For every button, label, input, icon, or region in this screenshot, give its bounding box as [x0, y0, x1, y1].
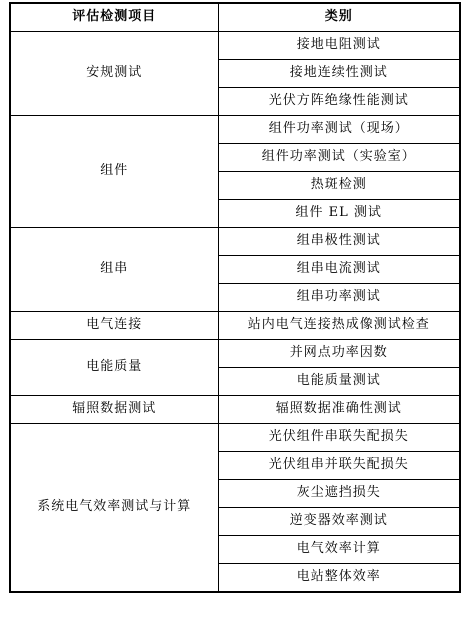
table-row: 电气连接站内电气连接热成像测试检查	[10, 312, 460, 340]
document-page: 评估检测项目 类别 安规测试接地电阻测试接地连续性测试光伏方阵绝缘性能测试组件组…	[0, 0, 467, 621]
assessment-test-table: 评估检测项目 类别 安规测试接地电阻测试接地连续性测试光伏方阵绝缘性能测试组件组…	[9, 2, 461, 593]
category-cell: 光伏组串并联失配损失	[218, 452, 460, 480]
table-row: 系统电气效率测试与计算光伏组件串联失配损失	[10, 424, 460, 452]
category-cell: 接地连续性测试	[218, 60, 460, 88]
category-cell: 逆变器效率测试	[218, 508, 460, 536]
item-cell: 安规测试	[10, 32, 218, 116]
category-cell: 组件功率测试（实验室）	[218, 144, 460, 172]
table-row: 电能质量并网点功率因数	[10, 340, 460, 368]
header-item-column: 评估检测项目	[10, 3, 218, 32]
category-cell: 光伏组件串联失配损失	[218, 424, 460, 452]
category-cell: 电站整体效率	[218, 564, 460, 593]
category-cell: 并网点功率因数	[218, 340, 460, 368]
category-cell: 热斑检测	[218, 172, 460, 200]
category-cell: 光伏方阵绝缘性能测试	[218, 88, 460, 116]
item-cell: 组串	[10, 228, 218, 312]
category-cell: 组件功率测试（现场）	[218, 116, 460, 144]
table-header: 评估检测项目 类别	[10, 3, 460, 32]
category-cell: 组串电流测试	[218, 256, 460, 284]
category-cell: 电气效率计算	[218, 536, 460, 564]
category-cell: 接地电阻测试	[218, 32, 460, 60]
table-row: 辐照数据测试辐照数据准确性测试	[10, 396, 460, 424]
table-row: 安规测试接地电阻测试	[10, 32, 460, 60]
category-cell: 站内电气连接热成像测试检查	[218, 312, 460, 340]
table-body: 安规测试接地电阻测试接地连续性测试光伏方阵绝缘性能测试组件组件功率测试（现场）组…	[10, 32, 460, 593]
category-cell: 电能质量测试	[218, 368, 460, 396]
item-cell: 系统电气效率测试与计算	[10, 424, 218, 593]
item-cell: 辐照数据测试	[10, 396, 218, 424]
table-row: 组串组串极性测试	[10, 228, 460, 256]
item-cell: 组件	[10, 116, 218, 228]
category-cell: 灰尘遮挡损失	[218, 480, 460, 508]
category-cell: 组串功率测试	[218, 284, 460, 312]
category-cell: 辐照数据准确性测试	[218, 396, 460, 424]
category-cell: 组串极性测试	[218, 228, 460, 256]
header-row: 评估检测项目 类别	[10, 3, 460, 32]
item-cell: 电能质量	[10, 340, 218, 396]
category-cell: 组件 EL 测试	[218, 200, 460, 228]
item-cell: 电气连接	[10, 312, 218, 340]
table-row: 组件组件功率测试（现场）	[10, 116, 460, 144]
header-category-column: 类别	[218, 3, 460, 32]
